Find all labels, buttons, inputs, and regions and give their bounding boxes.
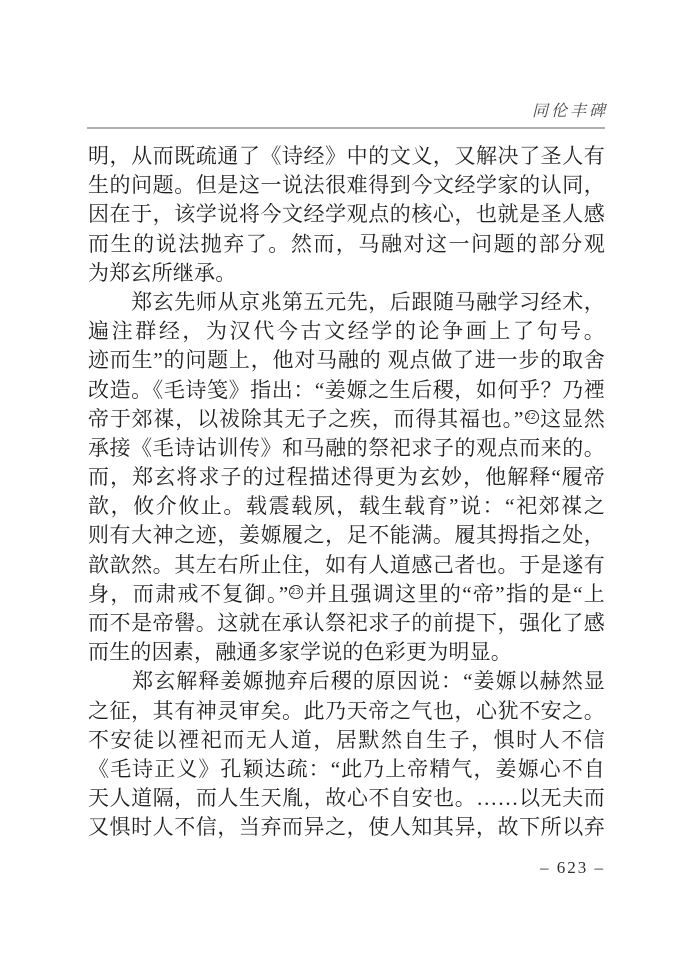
text-line: 生的问题。但是这一说法很难得到今文经学家的认同，原 [88, 171, 605, 200]
text-line: 因在于，该学说将今文经学观点的核心，也就是圣人感天 [88, 200, 605, 229]
book-page: 同伦丰碑 明，从而既疏通了《诗经》中的文义，又解决了圣人有父而生的问题。但是这一… [0, 0, 692, 968]
text-line: 改造。《毛诗笺》指出：“姜嫄之生后稷，如何乎？乃禋祀上 [88, 376, 605, 405]
text-line: 迹而生”的问题上，他对马融的 观点做了进一步的取舍和 [88, 346, 605, 375]
footnote-marker: 23 [289, 585, 303, 599]
text-line: 不安徒以禋祀而无人道，居默然自生子，惧时人不信也。”24 [88, 726, 605, 755]
text-line: 遍注群经，为汉代今古文经学的论争画上了句号。在“履 [88, 317, 605, 346]
text-line: 帝于郊禖，以祓除其无子之疾，而得其福也。”22这显然是 [88, 405, 605, 434]
text-line: 而不是帝嚳。这就在承认祭祀求子的前提下，强化了感天 [88, 609, 605, 638]
text-line: 天人道隔，而人生天胤，故心不自安也。……以无夫而生， [88, 784, 605, 813]
text-line: 而生的说法抛弃了。然而，马融对这一问题的部分观点， [88, 230, 605, 259]
text-line: 歆歆然。其左右所止住，如有人道感己者也。于是遂有 [88, 551, 605, 580]
text-line: 而，郑玄将求子的过程描述得更为玄妙，他解释“履帝武敏 [88, 463, 605, 492]
text-line: 则有大神之迹，姜嫄履之，足不能满。履其拇指之处，心体 [88, 521, 605, 550]
text-line: 歆，攸介攸止。载震载夙，载生载育”说：“祀郊禖之时，时 [88, 492, 605, 521]
text-line: 身，而肃戒不复御。”23并且强调这里的“帝”指的是“上帝”， [88, 580, 605, 609]
text-line: 明，从而既疏通了《诗经》中的文义，又解决了圣人有父而 [88, 142, 605, 171]
text-line: 为郑玄所继承。 [88, 259, 605, 288]
text-line: 而生的因素，融通多家学说的色彩更为明显。 [88, 638, 605, 667]
text-line: 之征，其有神灵审矣。此乃天帝之气也，心犹不安之。又 [88, 697, 605, 726]
text-line: 郑玄先师从京兆第五元先，后跟随马融学习经术，他 [88, 288, 605, 317]
text-line: 郑玄解释姜嫄抛弃后稷的原因说：“姜嫄以赫然显著 [88, 667, 605, 696]
text-line: 又惧时人不信，当弃而异之，使人知其异，故下所以弃之 [88, 813, 605, 842]
header-rule-divider [87, 127, 605, 129]
text-line: 承接《毛诗诂训传》和马融的祭祀求子的观点而来的。然 [88, 434, 605, 463]
running-header-title: 同伦丰碑 [88, 98, 608, 121]
text-line: 《毛诗正义》孔颖达疏：“此乃上帝精气，姜嫄心不自安，以 [88, 755, 605, 784]
footnote-marker: 22 [525, 410, 539, 424]
page-text: 明，从而既疏通了《诗经》中的文义，又解决了圣人有父而生的问题。但是这一说法很难得… [88, 142, 605, 843]
page-number: – 623 – [88, 858, 605, 878]
